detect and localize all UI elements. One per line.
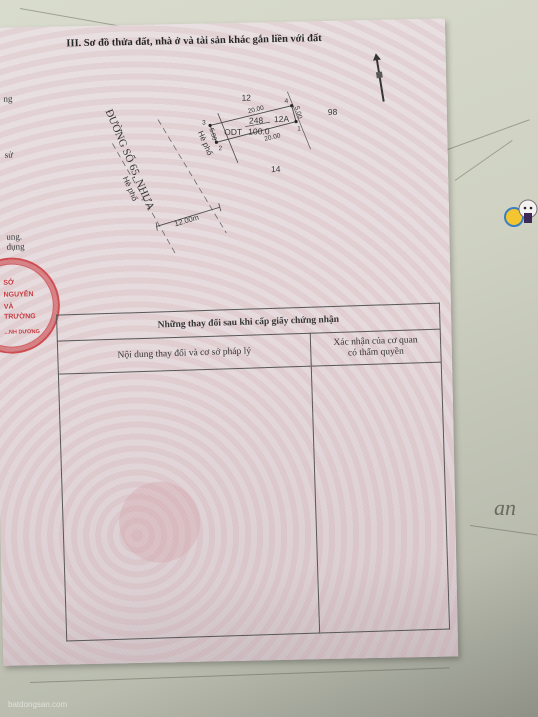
neighbor-parcel-east: 98: [328, 107, 338, 117]
parcel-number: 248: [249, 115, 263, 125]
map-sheet-number: 12A: [274, 114, 289, 124]
watermark-logo: batdongsan.com: [8, 700, 67, 709]
column-header-authority-confirmation: Xác nhận của cơ quan có thẩm quyền: [310, 329, 441, 366]
plot-diagram: ĐƯỜNG SỐ 65, NHỰA Hè phố Hè phố 12.00m 1…: [0, 18, 451, 327]
pencil-scribble: [30, 667, 450, 683]
stamp-text: SỞ: [3, 280, 14, 287]
land-use-code: ODT: [224, 127, 242, 137]
changes-table: Những thay đổi sau khi cấp giấy chứng nh…: [56, 303, 450, 642]
vertex-label: 3: [202, 120, 206, 127]
land-certificate-page: III. Sơ đồ thửa đất, nhà ở và tài sản kh…: [0, 18, 458, 665]
pencil-scribble: [455, 140, 513, 181]
vertex-label: 4: [285, 98, 289, 105]
neighbor-parcel-south: 14: [271, 164, 281, 174]
change-content-cell: [58, 366, 319, 641]
vertex-label: 2: [219, 145, 223, 152]
vertex-label: 1: [297, 126, 301, 133]
stamp-text: NGUYÊN: [4, 291, 34, 299]
cartoon-sticker: [500, 195, 538, 229]
authority-confirmation-cell: [311, 362, 449, 633]
pencil-scribble: [470, 525, 537, 535]
stamp-text: ...NH DƯƠNG: [4, 329, 40, 336]
stamp-text: VÀ: [4, 304, 14, 311]
neighbor-parcel-north: 12: [241, 93, 251, 103]
pencil-doodle-text: an: [494, 495, 516, 521]
pencil-scribble: [445, 119, 530, 151]
stamp-text: TRƯỜNG: [4, 313, 36, 321]
plot-lines: [0, 18, 451, 327]
